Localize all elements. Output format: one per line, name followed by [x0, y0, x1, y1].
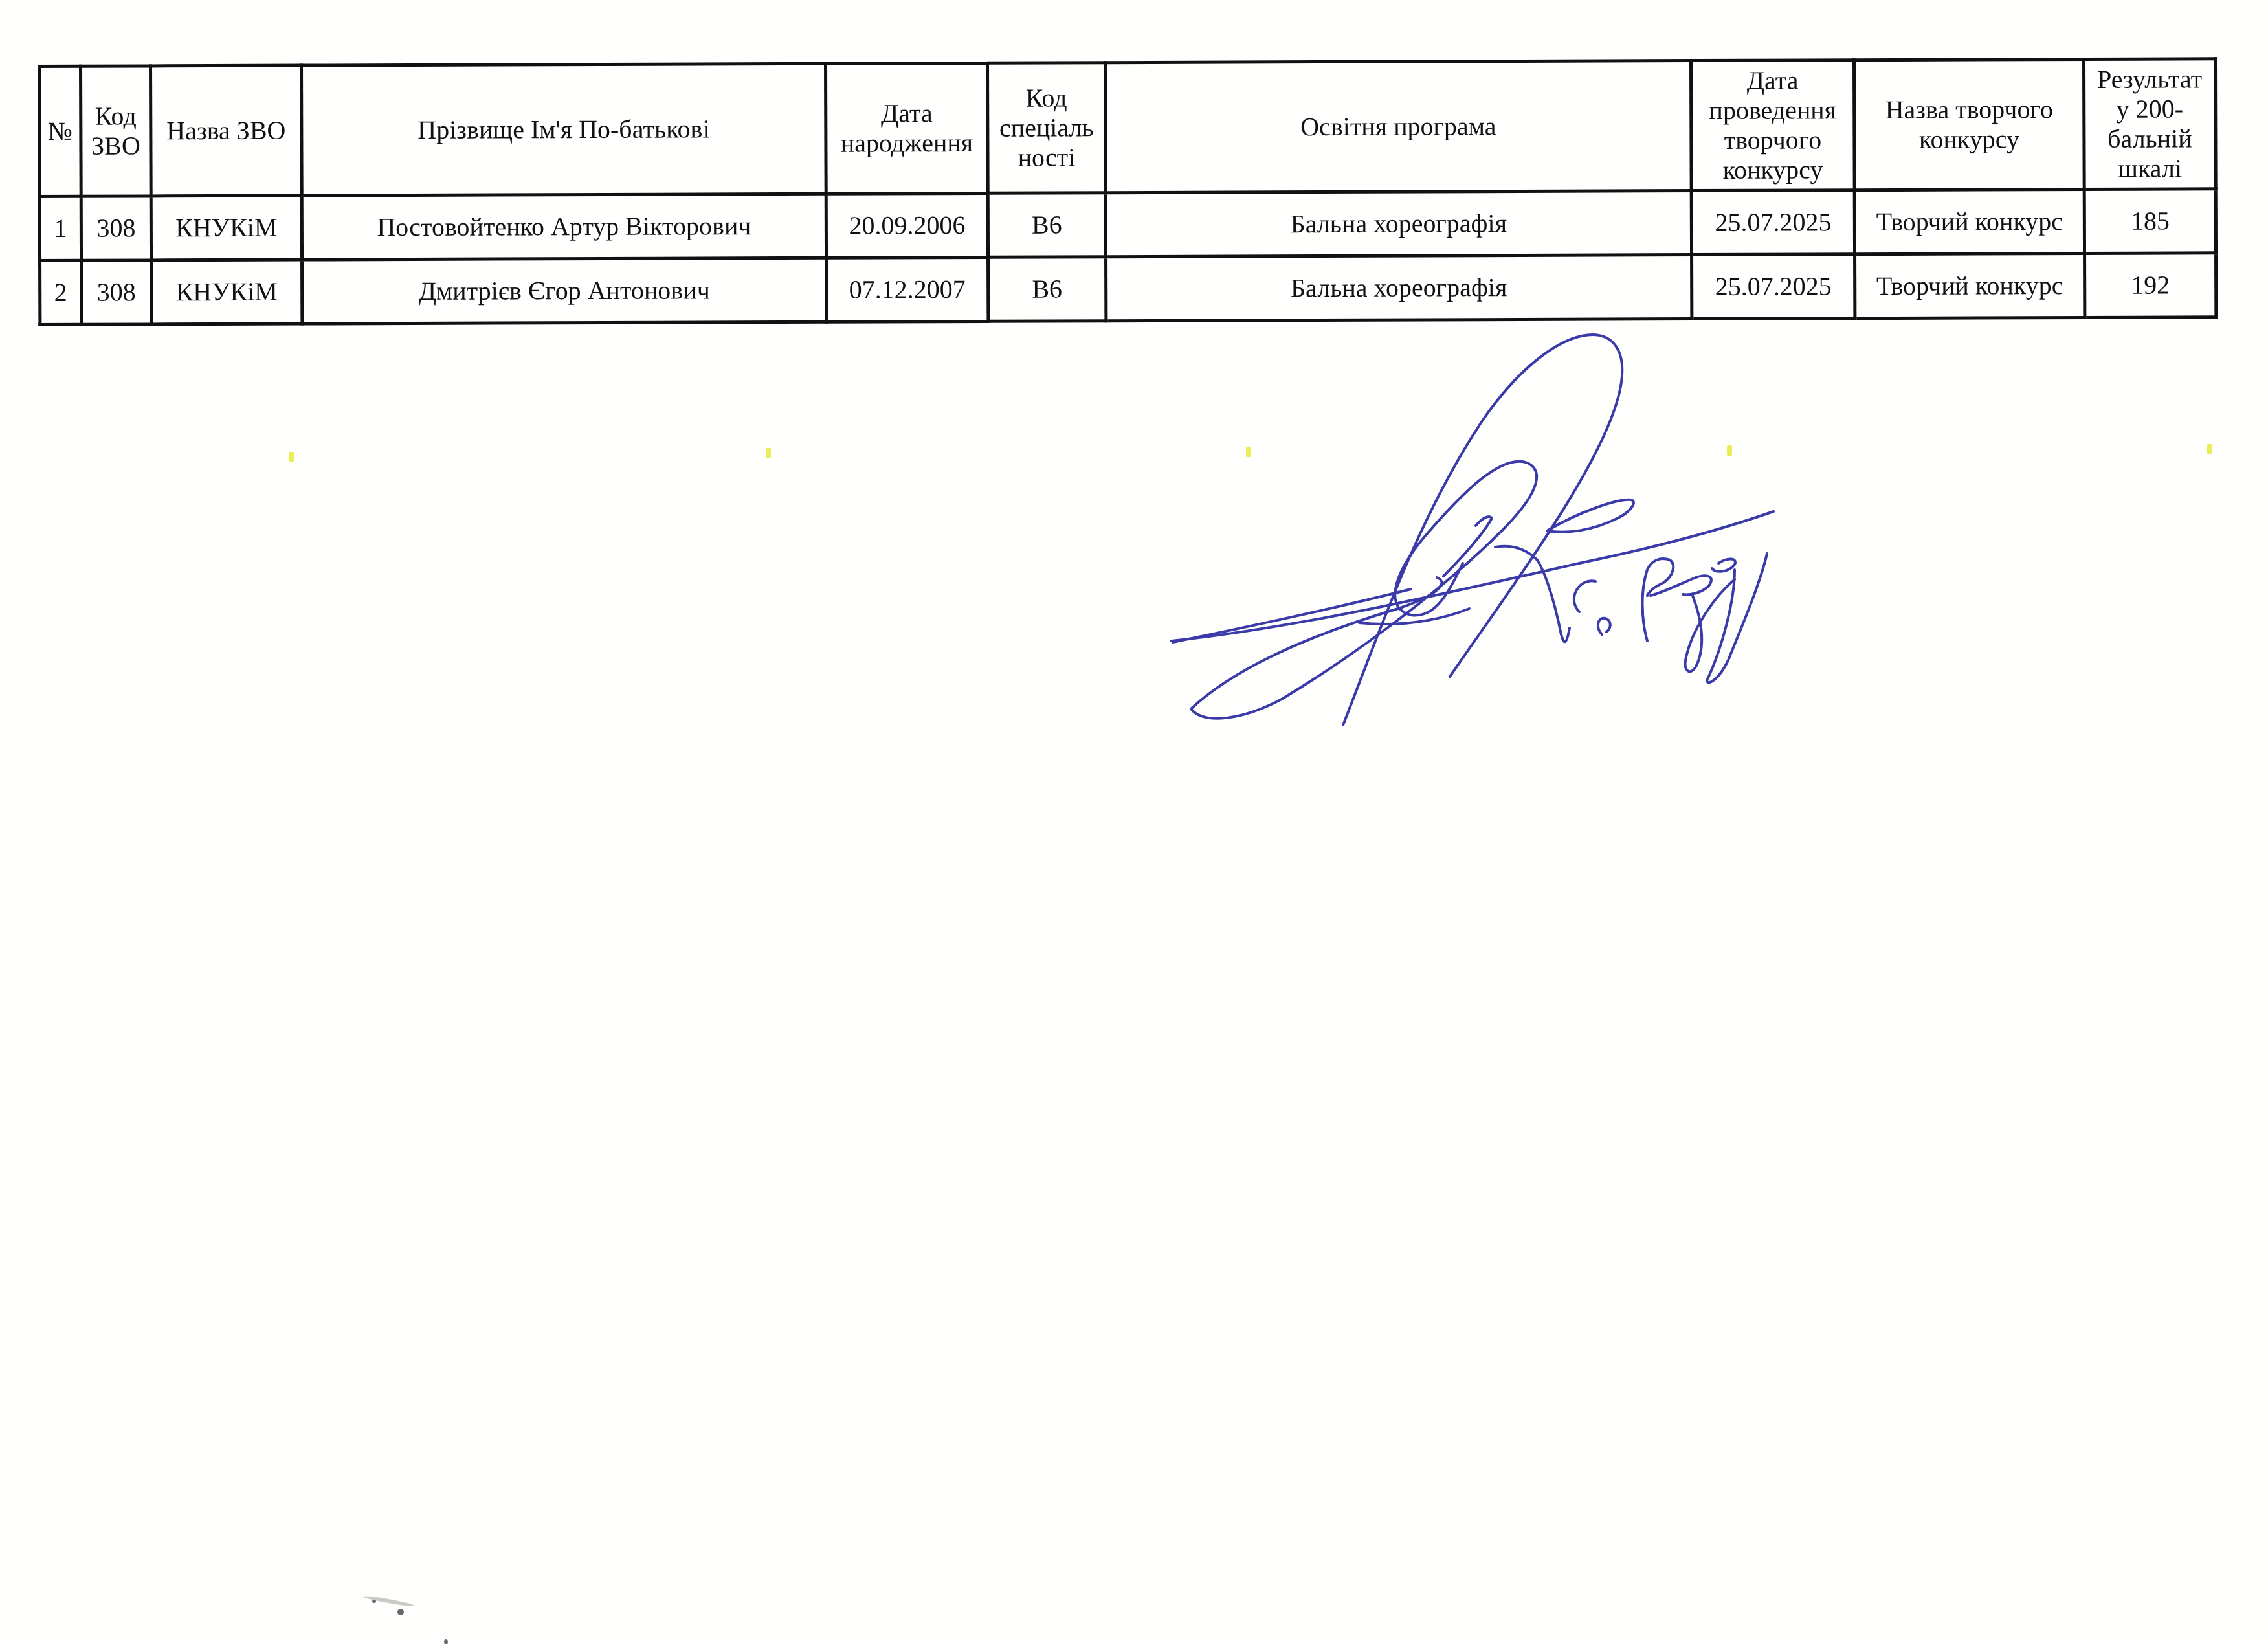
scan-mark [2207, 444, 2212, 454]
cell-zvo-name: КНУКіМ [151, 196, 302, 260]
header-birth-date: Дата народження [826, 63, 988, 194]
signature-icon [1165, 324, 2201, 745]
cell-program: Бальна хореографія [1106, 191, 1691, 257]
header-contest-name: Назва творчого конкурсу [1854, 59, 2084, 190]
header-program: Освітня програма [1105, 61, 1691, 193]
cell-score: 192 [2085, 253, 2216, 318]
cell-score: 185 [2084, 189, 2216, 254]
scan-mark [289, 452, 294, 462]
header-specialty-code: Код спеціаль ності [987, 63, 1106, 194]
results-table-container: № Код ЗВО Назва ЗВО Прізвище Ім'я По-бат… [38, 57, 2214, 326]
cell-program: Бальна хореографія [1106, 255, 1692, 321]
header-full-name: Прізвище Ім'я По-батькові [302, 63, 827, 196]
table-row: 1 308 КНУКіМ Постовойтенко Артур Вікторо… [39, 189, 2216, 261]
cell-zvo-code: 308 [82, 260, 151, 324]
cell-zvo-code: 308 [81, 196, 151, 260]
header-number: № [39, 66, 82, 196]
scanned-document-page: № Код ЗВО Назва ЗВО Прізвище Ім'я По-бат… [0, 0, 2268, 1647]
cell-contest-name: Творчий конкурс [1855, 253, 2085, 318]
cell-zvo-name: КНУКіМ [151, 260, 302, 324]
cell-specialty-code: В6 [988, 193, 1106, 258]
scan-smudge [444, 1639, 448, 1644]
scan-smudge [397, 1609, 404, 1615]
cell-full-name: Постовойтенко Артур Вікторович [302, 194, 826, 260]
cell-birth-date: 07.12.2007 [827, 257, 988, 322]
cell-number: 1 [39, 196, 81, 260]
scan-smudge [362, 1595, 414, 1608]
cell-specialty-code: В6 [988, 257, 1106, 322]
header-zvo-name: Назва ЗВО [151, 65, 302, 196]
cell-contest-date: 25.07.2025 [1692, 254, 1855, 319]
cell-contest-name: Творчий конкурс [1854, 189, 2084, 254]
table-row: 2 308 КНУКіМ Дмитрієв Єгор Антонович 07.… [40, 253, 2216, 325]
cell-contest-date: 25.07.2025 [1691, 190, 1854, 255]
cell-birth-date: 20.09.2006 [826, 193, 988, 258]
header-contest-date: Дата проведення творчого конкурсу [1691, 60, 1854, 191]
cell-full-name: Дмитрієв Єгор Антонович [302, 258, 827, 324]
results-table: № Код ЗВО Назва ЗВО Прізвище Ім'я По-бат… [38, 57, 2218, 326]
header-score: Результат у 200-бальній шкалі [2084, 59, 2216, 190]
cell-number: 2 [40, 260, 82, 324]
header-zvo-code: Код ЗВО [81, 66, 151, 196]
scan-smudge [372, 1600, 376, 1603]
scan-mark [766, 448, 771, 458]
table-header-row: № Код ЗВО Назва ЗВО Прізвище Ім'я По-бат… [39, 59, 2216, 197]
